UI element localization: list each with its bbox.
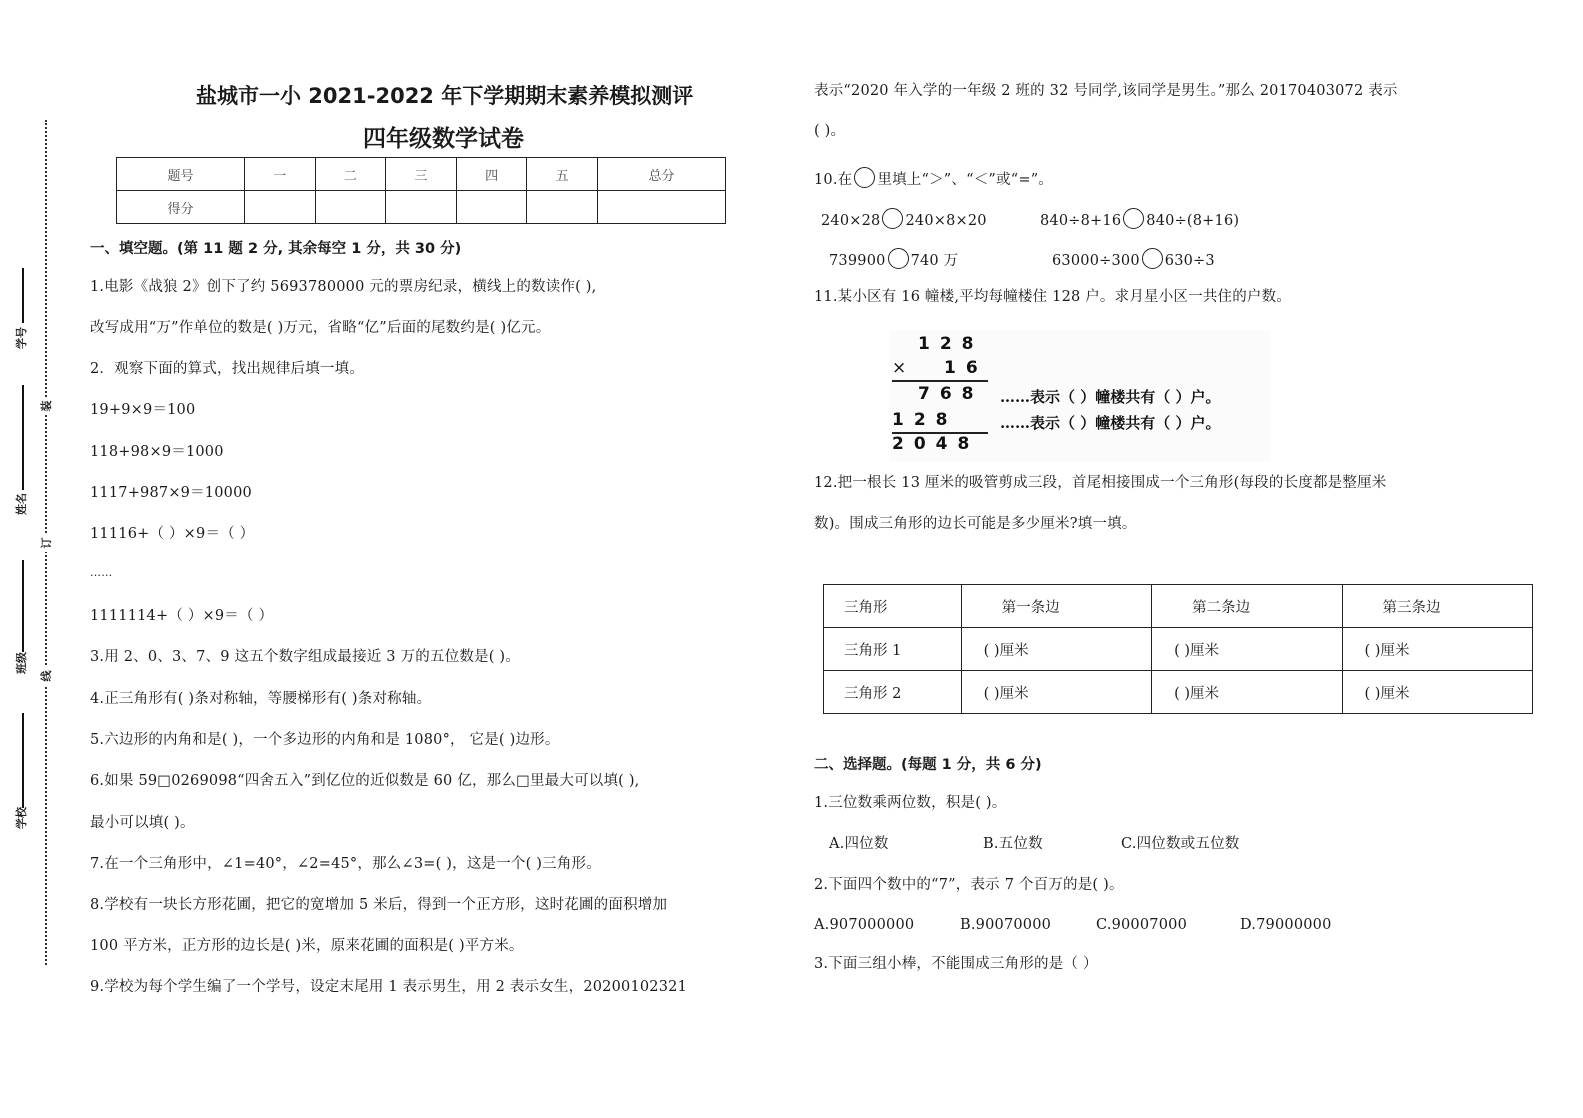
compare-circle[interactable] [882,208,903,229]
q1-line1: 1.电影《战狼 2》创下了约 5693780000 元的票房纪录，横线上的数读作… [90,278,596,296]
compare-circle[interactable] [1123,208,1144,229]
q10-post: 里填上“＞”、“＜”或“=”。 [877,172,1053,188]
calc-row-multiplier: 16 [944,358,988,378]
score-cell[interactable] [244,191,315,224]
answer-cell[interactable]: ( )厘米 [1342,628,1532,671]
exam-title: 盐城市一小 2021-2022 年下学期期末素养模拟测评 [196,80,693,110]
q10-item-left: 739900 [829,253,886,269]
q9-line2: 表示“2020 年入学的一年级 2 班的 32 号同学,该同学是男生。”那么 2… [814,82,1398,100]
student-id-line[interactable] [22,268,24,323]
table-row: 三角形 1 ( )厘米 ( )厘米 ( )厘米 [824,628,1533,671]
score-header-cell: 总分 [597,158,725,191]
score-header-cell: 二 [315,158,386,191]
q2-eq4: 11116+（ ）×9＝（ ） [90,525,254,543]
answer-cell[interactable]: ( )厘米 [1152,671,1342,714]
answer-cell[interactable]: ( )厘米 [1342,671,1532,714]
q10-item-2: 840÷8+16840÷(8+16) [1040,208,1239,230]
s2-q1-option-c[interactable]: C.四位数或五位数 [1121,835,1240,853]
s2-q2-option-c[interactable]: C.90007000 [1096,916,1187,934]
class-label: 班级 [13,652,29,674]
col-header-triangle: 三角形 [824,585,962,628]
q1-line2: 改写成用“万”作单位的数是( )万元，省略“亿”后面的尾数约是( )亿元。 [90,319,550,337]
triangle-table-header: 三角形 第一条边 第二条边 第三条边 [824,585,1533,628]
q10-item-right: 630÷3 [1165,253,1215,269]
s2-q1-option-a[interactable]: A.四位数 [829,835,889,853]
answer-cell[interactable]: ( )厘米 [961,628,1151,671]
s2-q2: 2.下面四个数中的“7”，表示 7 个百万的是( )。 [814,876,1124,894]
q9-line3: ( )。 [814,122,845,140]
q7: 7.在一个三角形中，∠1=40°，∠2=45°，那么∠3=( )，这是一个( )… [90,855,601,873]
q12-line2: 数)。围成三角形的边长可能是多少厘米?填一填。 [814,515,1137,533]
compare-circle[interactable] [888,248,909,269]
score-header-cell: 五 [527,158,598,191]
triangle-sides-table: 三角形 第一条边 第二条边 第三条边 三角形 1 ( )厘米 ( )厘米 ( )… [823,584,1533,714]
s2-q2-option-d[interactable]: D.79000000 [1240,916,1332,934]
q12-line1: 12.把一根长 13 厘米的吸管剪成三段，首尾相接围成一个三角形(每段的长度都是… [814,474,1386,492]
q10-item-left: 240×28 [821,213,880,229]
q2-eq2: 118+98×9＝1000 [90,443,224,461]
q6-line1: 6.如果 59□0269098“四舍五入”到亿位的近似数是 60 亿，那么□里最… [90,772,640,790]
score-header-cell: 题号 [117,158,245,191]
score-header-cell: 三 [386,158,457,191]
row-label: 三角形 2 [824,671,962,714]
q11: 11.某小区有 16 幢楼,平均每幢楼住 128 户。求月星小区一共住的户数。 [814,288,1291,306]
student-id-label: 学号 [13,327,29,349]
q10-item-left: 840÷8+16 [1040,213,1121,229]
s2-q2-option-a[interactable]: A.907000000 [814,916,914,934]
binding-char-xian: 线 [38,667,54,685]
q8-line1: 8.学校有一块长方形花圃，把它的宽增加 5 米后，得到一个正方形，这时花圃的面积… [90,896,667,914]
score-cell[interactable] [597,191,725,224]
s2-q1: 1.三位数乘两位数，积是( )。 [814,794,1006,812]
s2-q3: 3.下面三组小棒，不能围成三角形的是（ ） [814,955,1098,973]
name-line[interactable] [22,385,24,490]
multiply-sign: × [892,358,916,378]
q10-prompt: 10.在里填上“＞”、“＜”或“=”。 [814,167,1053,189]
q10-item-1: 240×28240×8×20 [821,208,987,230]
s2-q1-option-b[interactable]: B.五位数 [983,835,1043,853]
exam-subtitle: 四年级数学试卷 [363,120,524,153]
binding-char-ding: 订 [38,534,54,552]
col-header-side1: 第一条边 [961,585,1151,628]
section2-heading: 二、选择题。(每题 1 分，共 6 分) [814,753,1042,774]
calc-row-partial1: 768 [918,384,984,404]
calc-note-2: ……表示（ ）幢楼共有（ ）户。 [1000,412,1220,433]
q6-line2: 最小可以填( )。 [90,814,195,832]
name-label: 姓名 [13,493,29,515]
circle-icon [854,167,875,188]
calc-row-multiplicand: 128 [918,334,984,354]
score-table: 题号 一 二 三 四 五 总分 得分 [116,157,726,224]
q2-ellipsis: …… [90,564,112,582]
q2-eq1: 19+9×9＝100 [90,401,195,419]
q5: 5.六边形的内角和是( )，一个多边形的内角和是 1080°， 它是( )边形。 [90,731,560,749]
score-header-cell: 四 [456,158,527,191]
q4: 4.正三角形有( )条对称轴，等腰梯形有( )条对称轴。 [90,690,431,708]
q10-item-left: 63000÷300 [1052,253,1140,269]
class-line[interactable] [22,560,24,652]
calc-row-partial2: 128 [892,410,958,430]
q10-item-right: 840÷(8+16) [1146,213,1239,229]
col-header-side2: 第二条边 [1152,585,1342,628]
q2-eq3: 1117+987×9＝10000 [90,484,252,502]
q10-item-right: 740 万 [911,253,959,269]
q9-line1: 9.学校为每个学生编了一个学号，设定末尾用 1 表示男生，用 2 表示女生，20… [90,978,687,996]
binding-char-zhuang: 装 [38,397,54,415]
score-header-cell: 一 [244,158,315,191]
q10-pre: 10.在 [814,172,852,188]
score-value-row: 得分 [117,191,726,224]
calc-rule-1 [892,380,988,382]
q10-item-right: 240×8×20 [905,213,986,229]
school-line[interactable] [22,713,24,808]
q8-line2: 100 平方米，正方形的边长是( )米，原来花圃的面积是( )平方米。 [90,937,524,955]
col-header-side3: 第三条边 [1342,585,1532,628]
section1-heading: 一、填空题。(第 11 题 2 分, 其余每空 1 分，共 30 分) [90,237,461,258]
answer-cell[interactable]: ( )厘米 [961,671,1151,714]
score-row-label: 得分 [117,191,245,224]
score-header-row: 题号 一 二 三 四 五 总分 [117,158,726,191]
score-cell[interactable] [527,191,598,224]
score-cell[interactable] [315,191,386,224]
q2-eq5: 1111114+（ ）×9＝（ ） [90,607,273,625]
school-label: 学校 [13,807,29,829]
multiplication-figure: 128 × 16 768 ……表示（ ）幢楼共有（ ）户。 128 ……表示（ … [890,330,1270,462]
table-row: 三角形 2 ( )厘米 ( )厘米 ( )厘米 [824,671,1533,714]
q10-item-3: 739900740 万 [829,248,958,270]
q3: 3.用 2、0、3、7、9 这五个数字组成最接近 3 万的五位数是( )。 [90,648,520,666]
q2-intro: 2．观察下面的算式，找出规律后填一填。 [90,360,364,378]
s2-q2-option-b[interactable]: B.90070000 [960,916,1051,934]
q10-item-4: 63000÷300630÷3 [1052,248,1215,270]
answer-cell[interactable]: ( )厘米 [1152,628,1342,671]
score-cell[interactable] [386,191,457,224]
compare-circle[interactable] [1142,248,1163,269]
calc-row-result: 2048 [892,434,979,454]
score-cell[interactable] [456,191,527,224]
row-label: 三角形 1 [824,628,962,671]
calc-note-1: ……表示（ ）幢楼共有（ ）户。 [1000,386,1220,407]
